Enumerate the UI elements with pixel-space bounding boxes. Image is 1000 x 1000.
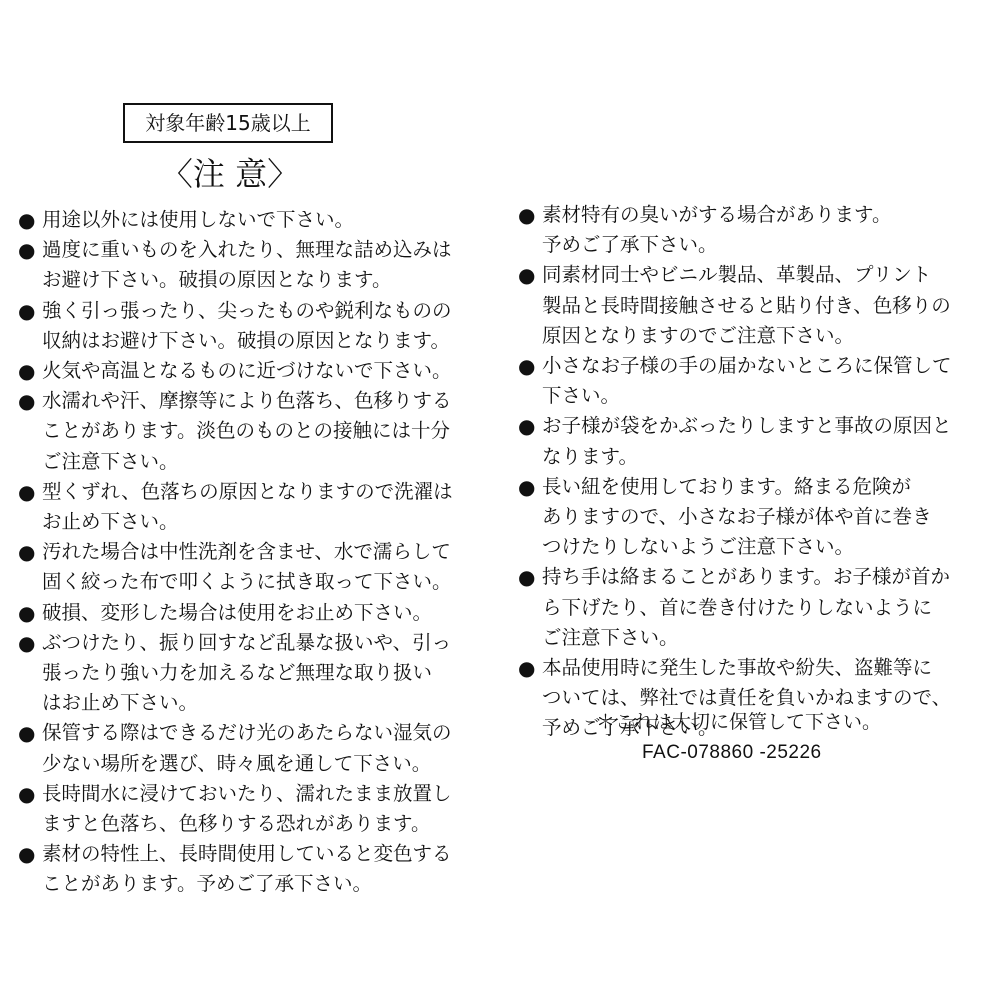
caution-item: ●型くずれ、色落ちの原因となりますので洗濯はお止め下さい。 — [18, 477, 488, 537]
caution-text-line: はお止め下さい。 — [42, 688, 488, 718]
caution-text-line: 収納はお避け下さい。破損の原因となります。 — [42, 326, 488, 356]
bullet-icon: ● — [18, 205, 42, 235]
caution-item: ●保管する際はできるだけ光のあたらない湿気の少ない場所を選び、時々風を通して下さ… — [18, 718, 488, 778]
caution-text-line: ご注意下さい。 — [542, 623, 988, 653]
bullet-icon: ● — [18, 386, 42, 416]
caution-text-line: 汚れた場合は中性洗剤を含ませ、水で濡らして — [42, 537, 488, 567]
caution-text-line: 固く絞った布で叩くように拭き取って下さい。 — [42, 567, 488, 597]
caution-text-line: 過度に重いものを入れたり、無理な詰め込みは — [42, 235, 488, 265]
caution-text-line: 破損、変形した場合は使用をお止め下さい。 — [42, 598, 488, 628]
bullet-icon: ● — [18, 296, 42, 326]
caution-text-line: 素材特有の臭いがする場合があります。 — [542, 200, 988, 230]
caution-text-line: 同素材同士やビニル製品、革製品、プリント — [542, 260, 988, 290]
caution-text-line: 水濡れや汗、摩擦等により色落ち、色移りする — [42, 386, 488, 416]
product-code: FAC-078860 -25226 — [642, 738, 822, 768]
caution-item: ●ぶつけたり、振り回すなど乱暴な扱いや、引っ張ったり強い力を加えるなど無理な取り… — [18, 628, 488, 719]
bullet-icon: ● — [18, 839, 42, 869]
caution-text-line: ことがあります。淡色のものとの接触には十分 — [42, 416, 488, 446]
bullet-icon: ● — [18, 356, 42, 386]
caution-item: ●用途以外には使用しないで下さい。 — [18, 205, 488, 235]
caution-text-line: ご注意下さい。 — [42, 447, 488, 477]
caution-item: ●強く引っ張ったり、尖ったものや鋭利なものの収納はお避け下さい。破損の原因となり… — [18, 296, 488, 356]
bullet-icon: ● — [18, 779, 42, 809]
caution-item: ●持ち手は絡まることがあります。お子様が首から下げたり、首に巻き付けたりしないよ… — [518, 562, 988, 653]
caution-text-line: 素材の特性上、長時間使用していると変色する — [42, 839, 488, 869]
caution-text-line: 少ない場所を選び、時々風を通して下さい。 — [42, 749, 488, 779]
caution-text-line: 保管する際はできるだけ光のあたらない湿気の — [42, 718, 488, 748]
caution-text-line: 型くずれ、色落ちの原因となりますので洗濯は — [42, 477, 488, 507]
caution-text-line: ことがあります。予めご了承下さい。 — [42, 869, 488, 899]
bullet-icon: ● — [18, 537, 42, 567]
caution-text-line: 本品使用時に発生した事故や紛失、盗難等に — [542, 653, 988, 683]
caution-item: ●小さなお子様の手の届かないところに保管して下さい。 — [518, 351, 988, 411]
caution-text-line: 小さなお子様の手の届かないところに保管して — [542, 351, 988, 381]
caution-text-line: 用途以外には使用しないで下さい。 — [42, 205, 488, 235]
caution-item: ●水濡れや汗、摩擦等により色落ち、色移りすることがあります。淡色のものとの接触に… — [18, 386, 488, 477]
caution-text-line: 強く引っ張ったり、尖ったものや鋭利なものの — [42, 296, 488, 326]
caution-item: ●素材の特性上、長時間使用していると変色することがあります。予めご了承下さい。 — [18, 839, 488, 899]
caution-text-line: 予めご了承下さい。 — [542, 230, 988, 260]
age-rating-label: 対象年齢15歳以上 — [145, 111, 310, 135]
caution-text-line: なります。 — [542, 442, 988, 472]
caution-item: ●長い紐を使用しております。絡まる危険がありますので、小さなお子様が体や首に巻き… — [518, 472, 988, 563]
caution-text-line: お避け下さい。破損の原因となります。 — [42, 265, 488, 295]
caution-text-line: 下さい。 — [542, 381, 988, 411]
caution-item: ●素材特有の臭いがする場合があります。予めご了承下さい。 — [518, 200, 988, 260]
caution-text-line: 火気や高温となるものに近づけないで下さい。 — [42, 356, 488, 386]
caution-text-line: ますと色落ち、色移りする恐れがあります。 — [42, 809, 488, 839]
bullet-icon: ● — [18, 477, 42, 507]
bullet-icon: ● — [518, 472, 542, 502]
caution-text-line: 長時間水に浸けておいたり、濡れたまま放置し — [42, 779, 488, 809]
bullet-icon: ● — [18, 598, 42, 628]
caution-text-line: 張ったり強い力を加えるなど無理な取り扱い — [42, 658, 488, 688]
caution-item: ●長時間水に浸けておいたり、濡れたまま放置しますと色落ち、色移りする恐れがありま… — [18, 779, 488, 839]
caution-item: ●過度に重いものを入れたり、無理な詰め込みはお避け下さい。破損の原因となります。 — [18, 235, 488, 295]
caution-text-line: ぶつけたり、振り回すなど乱暴な扱いや、引っ — [42, 628, 488, 658]
bullet-icon: ● — [518, 351, 542, 381]
caution-text-line: 製品と長時間接触させると貼り付き、色移りの — [542, 291, 988, 321]
caution-text-line: お止め下さい。 — [42, 507, 488, 537]
caution-item: ●お子様が袋をかぶったりしますと事故の原因となります。 — [518, 411, 988, 471]
bullet-icon: ● — [518, 200, 542, 230]
caution-text-line: ら下げたり、首に巻き付けたりしないように — [542, 593, 988, 623]
right-caution-list: ●素材特有の臭いがする場合があります。予めご了承下さい。●同素材同士やビニル製品… — [518, 200, 988, 744]
bullet-icon: ● — [18, 235, 42, 265]
keep-note: ＊これは大切に保管して下さい。 — [596, 707, 881, 737]
caution-item: ●火気や高温となるものに近づけないで下さい。 — [18, 356, 488, 386]
age-rating-box: 対象年齢15歳以上 — [123, 103, 333, 143]
caution-text-line: ありますので、小さなお子様が体や首に巻き — [542, 502, 988, 532]
caution-text-line: 原因となりますのでご注意下さい。 — [542, 321, 988, 351]
caution-title: 〈注 意〉 — [150, 150, 310, 198]
bullet-icon: ● — [518, 411, 542, 441]
caution-text-line: 長い紐を使用しております。絡まる危険が — [542, 472, 988, 502]
caution-text-line: 持ち手は絡まることがあります。お子様が首か — [542, 562, 988, 592]
bullet-icon: ● — [518, 653, 542, 683]
bullet-icon: ● — [518, 260, 542, 290]
bullet-icon: ● — [518, 562, 542, 592]
caution-item: ●同素材同士やビニル製品、革製品、プリント製品と長時間接触させると貼り付き、色移… — [518, 260, 988, 351]
caution-text-line: つけたりしないようご注意下さい。 — [542, 532, 988, 562]
bullet-icon: ● — [18, 718, 42, 748]
bullet-icon: ● — [18, 628, 42, 658]
caution-text-line: お子様が袋をかぶったりしますと事故の原因と — [542, 411, 988, 441]
left-caution-list: ●用途以外には使用しないで下さい。●過度に重いものを入れたり、無理な詰め込みはお… — [18, 205, 488, 900]
caution-item: ●破損、変形した場合は使用をお止め下さい。 — [18, 598, 488, 628]
caution-item: ●汚れた場合は中性洗剤を含ませ、水で濡らして固く絞った布で叩くように拭き取って下… — [18, 537, 488, 597]
